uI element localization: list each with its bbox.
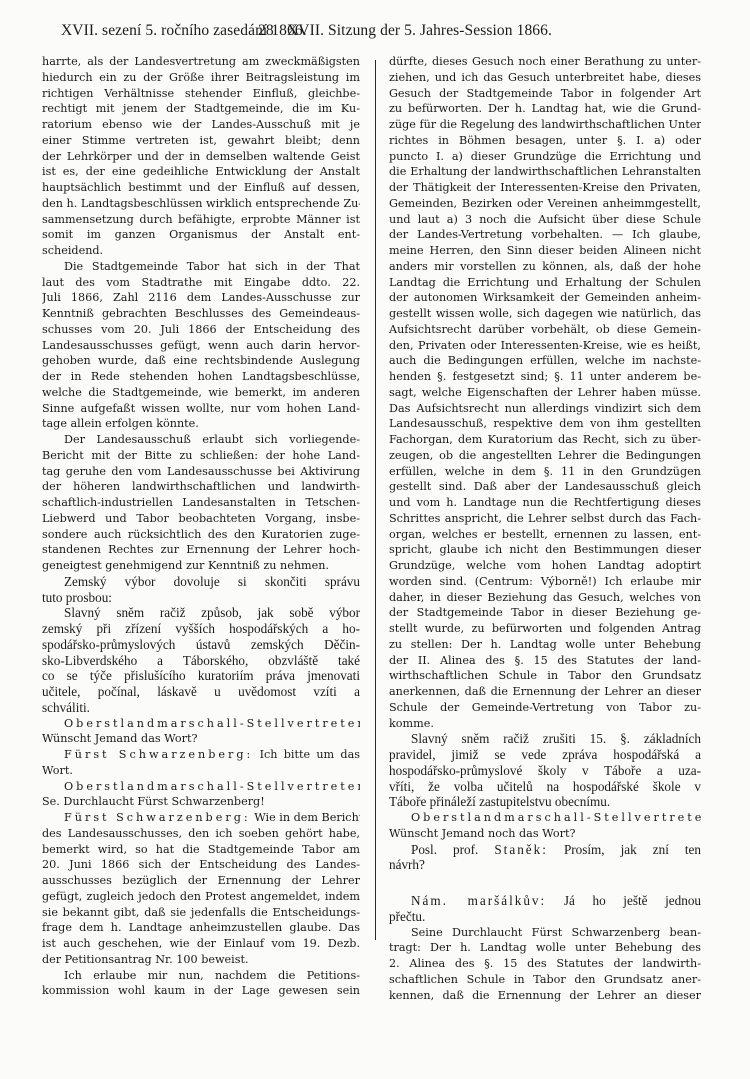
text-line: der Thätigkeit der Interessenten-Kreise … [389, 180, 701, 196]
speech-text: Ich bitte um das [260, 748, 360, 761]
text-line: der höheren landwirthschaftlichen und la… [42, 479, 360, 495]
text-line: züge für die Regelung des landwirthschaf… [389, 117, 701, 133]
text-line: des Landesausschusses, den ich soeben ge… [42, 826, 360, 842]
text-line: tag geruhe den vom Landesausschusse bei … [42, 464, 360, 480]
text-line: gestellt wissen wolle, sich dagegen wie … [389, 306, 701, 322]
text-line: ratorium ebenso wie der Landes-Ausschuß … [42, 117, 360, 133]
text-line: schaftlich-industriellen Landesanstalten… [42, 495, 360, 511]
paragraph: Seine Durchlaucht Fürst Schwarzenberg be… [389, 925, 701, 1004]
speech-block-czech: Nám. maršálkův: Já ho ještě jednou přečt… [389, 893, 701, 925]
text-line: Sinne aufgefaßt wissen wollte, nur vom h… [42, 401, 360, 417]
text-line: rechtigt mit jenem der Stadtgemeinde, di… [42, 101, 360, 117]
left-column: harrte, als der Landesvertretung am zwec… [42, 54, 360, 999]
text-line: standenen Rechtes zur Ernennung der Lehr… [42, 542, 360, 558]
text-line: stellt wurde, zu befürworten und folgend… [389, 621, 701, 637]
text-line: Gesuch der Stadtgemeinde Tabor in folgen… [389, 86, 701, 102]
text-line: sko-Libverdského a Táborského, obzvláště… [42, 653, 360, 669]
text-line: gestellt sind. Daß aber der Landesaussch… [389, 479, 701, 495]
speech-text: přečtu. [389, 909, 701, 925]
text-line: zu stellen: Der h. Landtag wolle unter B… [389, 637, 701, 653]
speech-text: Wünscht Jemand das Wort? [42, 731, 360, 747]
column-divider [375, 60, 376, 940]
text-line: hiedurch ein zu der Größe ihrer Beitrags… [42, 70, 360, 86]
text-line: Gemeinden, Bezirken oder Vereinen anheim… [389, 196, 701, 212]
speech-block: Fürst Schwarzenberg: Wie in dem Bericht … [42, 810, 360, 968]
text-line: welche die Stadtgemeinde, wie bemerkt, i… [42, 385, 360, 401]
text-line: Kenntniß gebrachten Beschlusses des Geme… [42, 306, 360, 322]
text-line: daher, in dieser Beziehung das Gesuch, w… [389, 590, 701, 606]
paragraph: Der Landesausschuß erlaubt sich vorliege… [42, 432, 360, 574]
speech-text: Já ho ještě jednou [564, 893, 701, 908]
text-line: zu befürworten. Der h. Landtag hat, wie … [389, 101, 701, 117]
text-line: organ, welches er bestellt, ernennen zu … [389, 527, 701, 543]
speech-block: Fürst Schwarzenberg: Ich bitte um das Wo… [42, 747, 360, 779]
text-line: bemerkt wird, so hat die Stadtgemeinde T… [42, 842, 360, 858]
text-line: worden sind. (Centrum: Výborně!) Ich erl… [389, 574, 701, 590]
speech-block-czech: Posl. prof. Staněk: Prosím, jak zní ten … [389, 842, 701, 874]
paragraph: Die Stadtgemeinde Tabor hat sich in der … [42, 259, 360, 432]
speaker-name: Staněk: [494, 842, 548, 857]
right-column: dürfte, dieses Gesuch noch einer Berathu… [389, 54, 701, 1003]
text-line: schváliti. [42, 700, 360, 716]
text-line: der Landes-Vertretung vorbehalten. — Ich… [389, 227, 701, 243]
text-line: scheidend. [42, 243, 360, 259]
text-line: kennen, daß die Ernennung der Lehrer an … [389, 988, 701, 1004]
text-line: schaftlichen Schule in Tabor den Grundsa… [389, 972, 701, 988]
text-line: Juli 1866, Zahl 2116 dem Landes-Ausschus… [42, 290, 360, 306]
text-line: Landesausschusses gefügt, wenn auch dari… [42, 338, 360, 354]
text-line: gefügt, zugleich jedoch den Protest ange… [42, 889, 360, 905]
text-line: Ich erlaube mir nun, nachdem die Petitio… [42, 968, 360, 984]
speech-text: Wie in dem Bericht [254, 811, 360, 824]
speech-text: návrh? [389, 857, 701, 873]
text-line: kommission wohl kaum in der Lage gewesen… [42, 983, 360, 999]
paragraph-czech: Slavný sněm račiž způsob, jak sobě výbor… [42, 605, 360, 715]
speech-block: Oberstlandmarschall-Stellvertreter: Wüns… [389, 810, 701, 842]
text-line: sie bekannt gibt, daß sie jedenfalls die… [42, 905, 360, 921]
speaker-name: Oberstlandmarschall-Stellvertreter: [411, 811, 701, 824]
text-line: tragt: Der h. Landtag wolle unter Behebu… [389, 940, 701, 956]
text-line: Zemský výbor dovoluje si skončiti správu [42, 574, 360, 590]
text-line: der Lehrkörper und der in demselben walt… [42, 149, 360, 165]
text-line: sondere auch rücksichtlich des den Kurat… [42, 527, 360, 543]
text-line: učitele, počínal, láskavě u uvědomost vz… [42, 684, 360, 700]
text-line: anerkennen, daß die Ernennung der Lehrer… [389, 684, 701, 700]
text-line: Landesausschuß, respektive dem von ihm g… [389, 416, 701, 432]
text-line: der Petitionsantrag Nr. 100 beweist. [42, 952, 360, 968]
text-line: zemský při zřízení vyšších hospodářských… [42, 621, 360, 637]
text-line: ist es, der eine gedeihliche Entwicklung… [42, 164, 360, 180]
text-line: auch die Bedingungen erfüllen, welche im… [389, 353, 701, 369]
text-line: spricht, glaube ich nicht den Bestimmung… [389, 542, 701, 558]
text-line: und laut a) 3 noch die Aufsicht über die… [389, 212, 701, 228]
text-line: erfüllen, welche in dem §. 11 in den Gru… [389, 464, 701, 480]
spacer [389, 873, 701, 893]
text-line: somit im ganzen Organismus der Anstalt e… [42, 227, 360, 243]
text-line: co se týče přislušícího kuratoriím práva… [42, 668, 360, 684]
speaker-name: Oberstlandmarschall-Stellvertreter: [64, 780, 360, 793]
text-line: die Erhaltung der landwirthschaftlichen … [389, 164, 701, 180]
text-line: Grundzüge, welche vom hohen Landtag adop… [389, 558, 701, 574]
text-line: Slavný sněm račiž způsob, jak sobě výbor [42, 605, 360, 621]
speech-block: Oberstlandmarschall-Stellvertreter: Wüns… [42, 716, 360, 748]
text-line: einer Stimme vertreten ist, gewahrt blei… [42, 133, 360, 149]
speech-text: Wünscht Jemand noch das Wort? [389, 826, 701, 842]
text-line: Seine Durchlaucht Fürst Schwarzenberg be… [389, 925, 701, 941]
speaker-name: Nám. maršálkův: [411, 893, 546, 908]
text-line: Liebwerd und Tabor beobachteten Vorgang,… [42, 511, 360, 527]
paragraph-czech: Zemský výbor dovoluje si skončiti správu… [42, 574, 360, 606]
text-line: Táboře přináleží zastupitelstvu obecnímu… [389, 794, 701, 810]
text-line: pravidel, jimiž se vede zpráva hospodářs… [389, 747, 701, 763]
speaker-title: Posl. prof. [411, 842, 478, 857]
paragraph: Ich erlaube mir nun, nachdem die Petitio… [42, 968, 360, 1000]
text-line: vříti, že volba učitelů na hospodářské š… [389, 779, 701, 795]
text-line: der II. Alinea des §. 15 des Statutes de… [389, 653, 701, 669]
text-line: sagt, welche Eigenschaften der Lehrer ha… [389, 385, 701, 401]
text-line: Das Aufsichtsrecht nun allerdings vindiz… [389, 401, 701, 417]
text-line: geneigtest genehmigend zur Kenntniß zu n… [42, 558, 360, 574]
text-line: Landtag die Errichtung und Erhaltung der… [389, 275, 701, 291]
text-line: ausschusses bezüglich der Ernennung der … [42, 873, 360, 889]
text-line: wirthschaftlichen Schule in Tabor den Gr… [389, 668, 701, 684]
text-line: dürfte, dieses Gesuch noch einer Berathu… [389, 54, 701, 70]
speech-text: Prosím, jak zní ten [564, 842, 701, 857]
text-line: Aufsichtsrecht darüber vorbehält, ob die… [389, 322, 701, 338]
text-line: Der Landesausschuß erlaubt sich vorliege… [42, 432, 360, 448]
text-line: und vom h. Landtage nun die Rechtfertigu… [389, 495, 701, 511]
text-line: 2. Alinea des §. 15 des Statutes der lan… [389, 956, 701, 972]
text-line: harrte, als der Landesvertretung am zwec… [42, 54, 360, 70]
text-line: Slavný sněm račiž zrušiti 15. §. základn… [389, 731, 701, 747]
text-line: gehoben wurde, daß eine rechtsbindende A… [42, 353, 360, 369]
text-line: meine Herren, den Sinn dieser beiden Ali… [389, 243, 701, 259]
paragraph-czech: Slavný sněm račiž zrušiti 15. §. základn… [389, 731, 701, 810]
speech-text: Se. Durchlaucht Fürst Schwarzenberg! [42, 794, 360, 810]
text-line: ist auch geschehen, wie der Einlauf vom … [42, 936, 360, 952]
text-line: der Stadtgemeinde Tabor in dieser Bezieh… [389, 605, 701, 621]
text-line: Fachorgan, dem Kuratorium das Recht, sic… [389, 432, 701, 448]
speaker-name: Oberstlandmarschall-Stellvertreter: [64, 717, 360, 730]
text-line: frage dem h. Landtage anheimzustellen gl… [42, 920, 360, 936]
text-line: spodářsko-průmyslových ústavů zemských D… [42, 637, 360, 653]
text-line: der autonomen Wirksamkeit der Gemeinden … [389, 290, 701, 306]
text-line: schusses vom 20. Juli 1866 der Entscheid… [42, 322, 360, 338]
text-line: den h. Landtagsbeschlüssen wirklich ents… [42, 196, 360, 212]
text-line: 20. Juni 1866 sich der Entscheidung des … [42, 857, 360, 873]
text-line: tuto prosbou: [42, 590, 360, 606]
text-line: puncto I. a) dieser Grundzüge die Errich… [389, 149, 701, 165]
text-line: sammensetzung durch befähigte, erprobte … [42, 212, 360, 228]
page-header: XVII. sezení 5. ročního zasedání 1866. 2… [0, 18, 750, 44]
text-line: richtes in Böhmen besagen, unter §. I. a… [389, 133, 701, 149]
speech-text: Wort. [42, 763, 360, 779]
text-line: ziehen, und ich das Gesuch unterbreitet … [389, 70, 701, 86]
page-number: 28 [258, 22, 274, 40]
text-line: richtigen Verhältnisse stehender Einfluß… [42, 86, 360, 102]
paragraph: dürfte, dieses Gesuch noch einer Berathu… [389, 54, 701, 731]
text-line: den, Privaten oder Interessenten-Kreise,… [389, 338, 701, 354]
speaker-name: Fürst Schwarzenberg: [64, 748, 253, 761]
text-line: laut des vom Stadtrathe mit Eingabe ddto… [42, 275, 360, 291]
text-line: Bericht mit der Bitte zu schließen: der … [42, 448, 360, 464]
header-german-title: XVII. Sitzung der 5. Jahres-Session 1866… [287, 22, 552, 40]
text-line: hospodářsko-průmyslové školy v Táboře a … [389, 763, 701, 779]
text-line: hauptsächlich bestimmt und der Einfluß a… [42, 180, 360, 196]
text-line: zeugen, ob die angestellten Lehrer die B… [389, 448, 701, 464]
text-line: Schrittes anspricht, die Lehrer selbst d… [389, 511, 701, 527]
text-line: henden §. festgesetzt sind; §. 11 unter … [389, 369, 701, 385]
text-line: Schule der Gemeinde-Vertretung von Tabor… [389, 700, 701, 716]
text-line: Die Stadtgemeinde Tabor hat sich in der … [42, 259, 360, 275]
text-line: anders mir vorstellen zu können, als, da… [389, 259, 701, 275]
text-line: tage allein erfolgen könnte. [42, 416, 360, 432]
text-line: der in Rede stehenden hohen Landtagsbesc… [42, 369, 360, 385]
speaker-name: Fürst Schwarzenberg: [64, 811, 251, 824]
text-line: komme. [389, 716, 701, 732]
speech-block: Oberstlandmarschall-Stellvertreter: Se. … [42, 779, 360, 811]
paragraph: harrte, als der Landesvertretung am zwec… [42, 54, 360, 259]
